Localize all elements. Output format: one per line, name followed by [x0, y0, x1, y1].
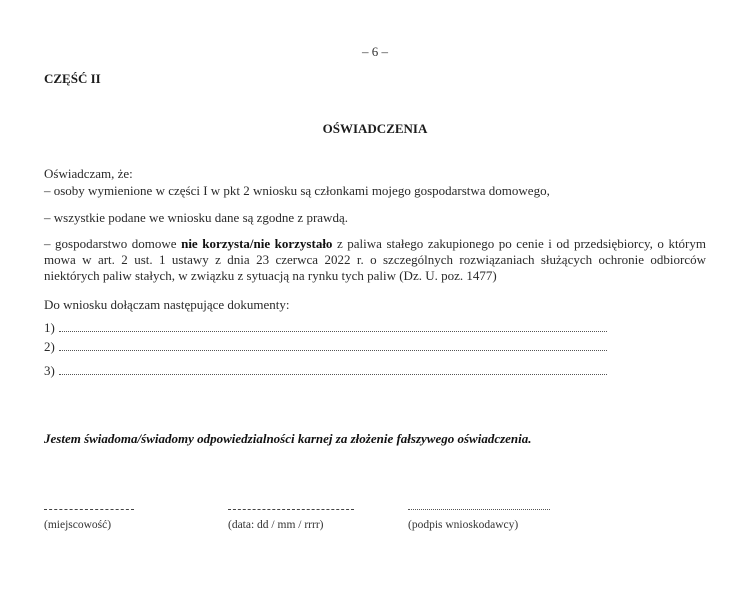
attachment-input-line[interactable] — [59, 320, 607, 332]
fuel-option-bold: nie korzysta/nie korzystało — [181, 236, 332, 251]
section-title: OŚWIADCZENIA — [0, 121, 750, 137]
attachment-number: 3) — [44, 363, 55, 378]
liability-statement: Jestem świadoma/świadomy odpowiedzialnoś… — [44, 431, 532, 447]
attachment-field-2[interactable]: 2) — [44, 339, 607, 355]
date-signature-line[interactable] — [228, 509, 354, 510]
attachment-input-line[interactable] — [59, 363, 607, 375]
page-number: – 6 – — [0, 44, 750, 60]
attachment-number: 2) — [44, 339, 55, 354]
applicant-signature-label: (podpis wnioskodawcy) — [408, 519, 518, 531]
attachment-number: 1) — [44, 320, 55, 335]
fuel-prefix: – gospodarstwo domowe — [44, 236, 181, 251]
statement-household-members: – osoby wymienione w części I w pkt 2 wn… — [44, 183, 550, 199]
applicant-signature-line[interactable] — [408, 509, 550, 510]
attachment-field-1[interactable]: 1) — [44, 320, 607, 336]
place-signature-line[interactable] — [44, 509, 134, 510]
place-label: (miejscowość) — [44, 519, 111, 531]
attachment-input-line[interactable] — [59, 339, 607, 351]
attachment-field-3[interactable]: 3) — [44, 363, 607, 379]
part-heading: CZĘŚĆ II — [44, 71, 101, 87]
date-label: (data: dd / mm / rrrr) — [228, 519, 323, 531]
intro-text: Oświadczam, że: — [44, 166, 133, 182]
statement-fuel: – gospodarstwo domowe nie korzysta/nie k… — [44, 236, 706, 284]
statement-data-true: – wszystkie podane we wniosku dane są zg… — [44, 210, 348, 226]
attachments-label: Do wniosku dołączam następujące dokument… — [44, 297, 290, 313]
